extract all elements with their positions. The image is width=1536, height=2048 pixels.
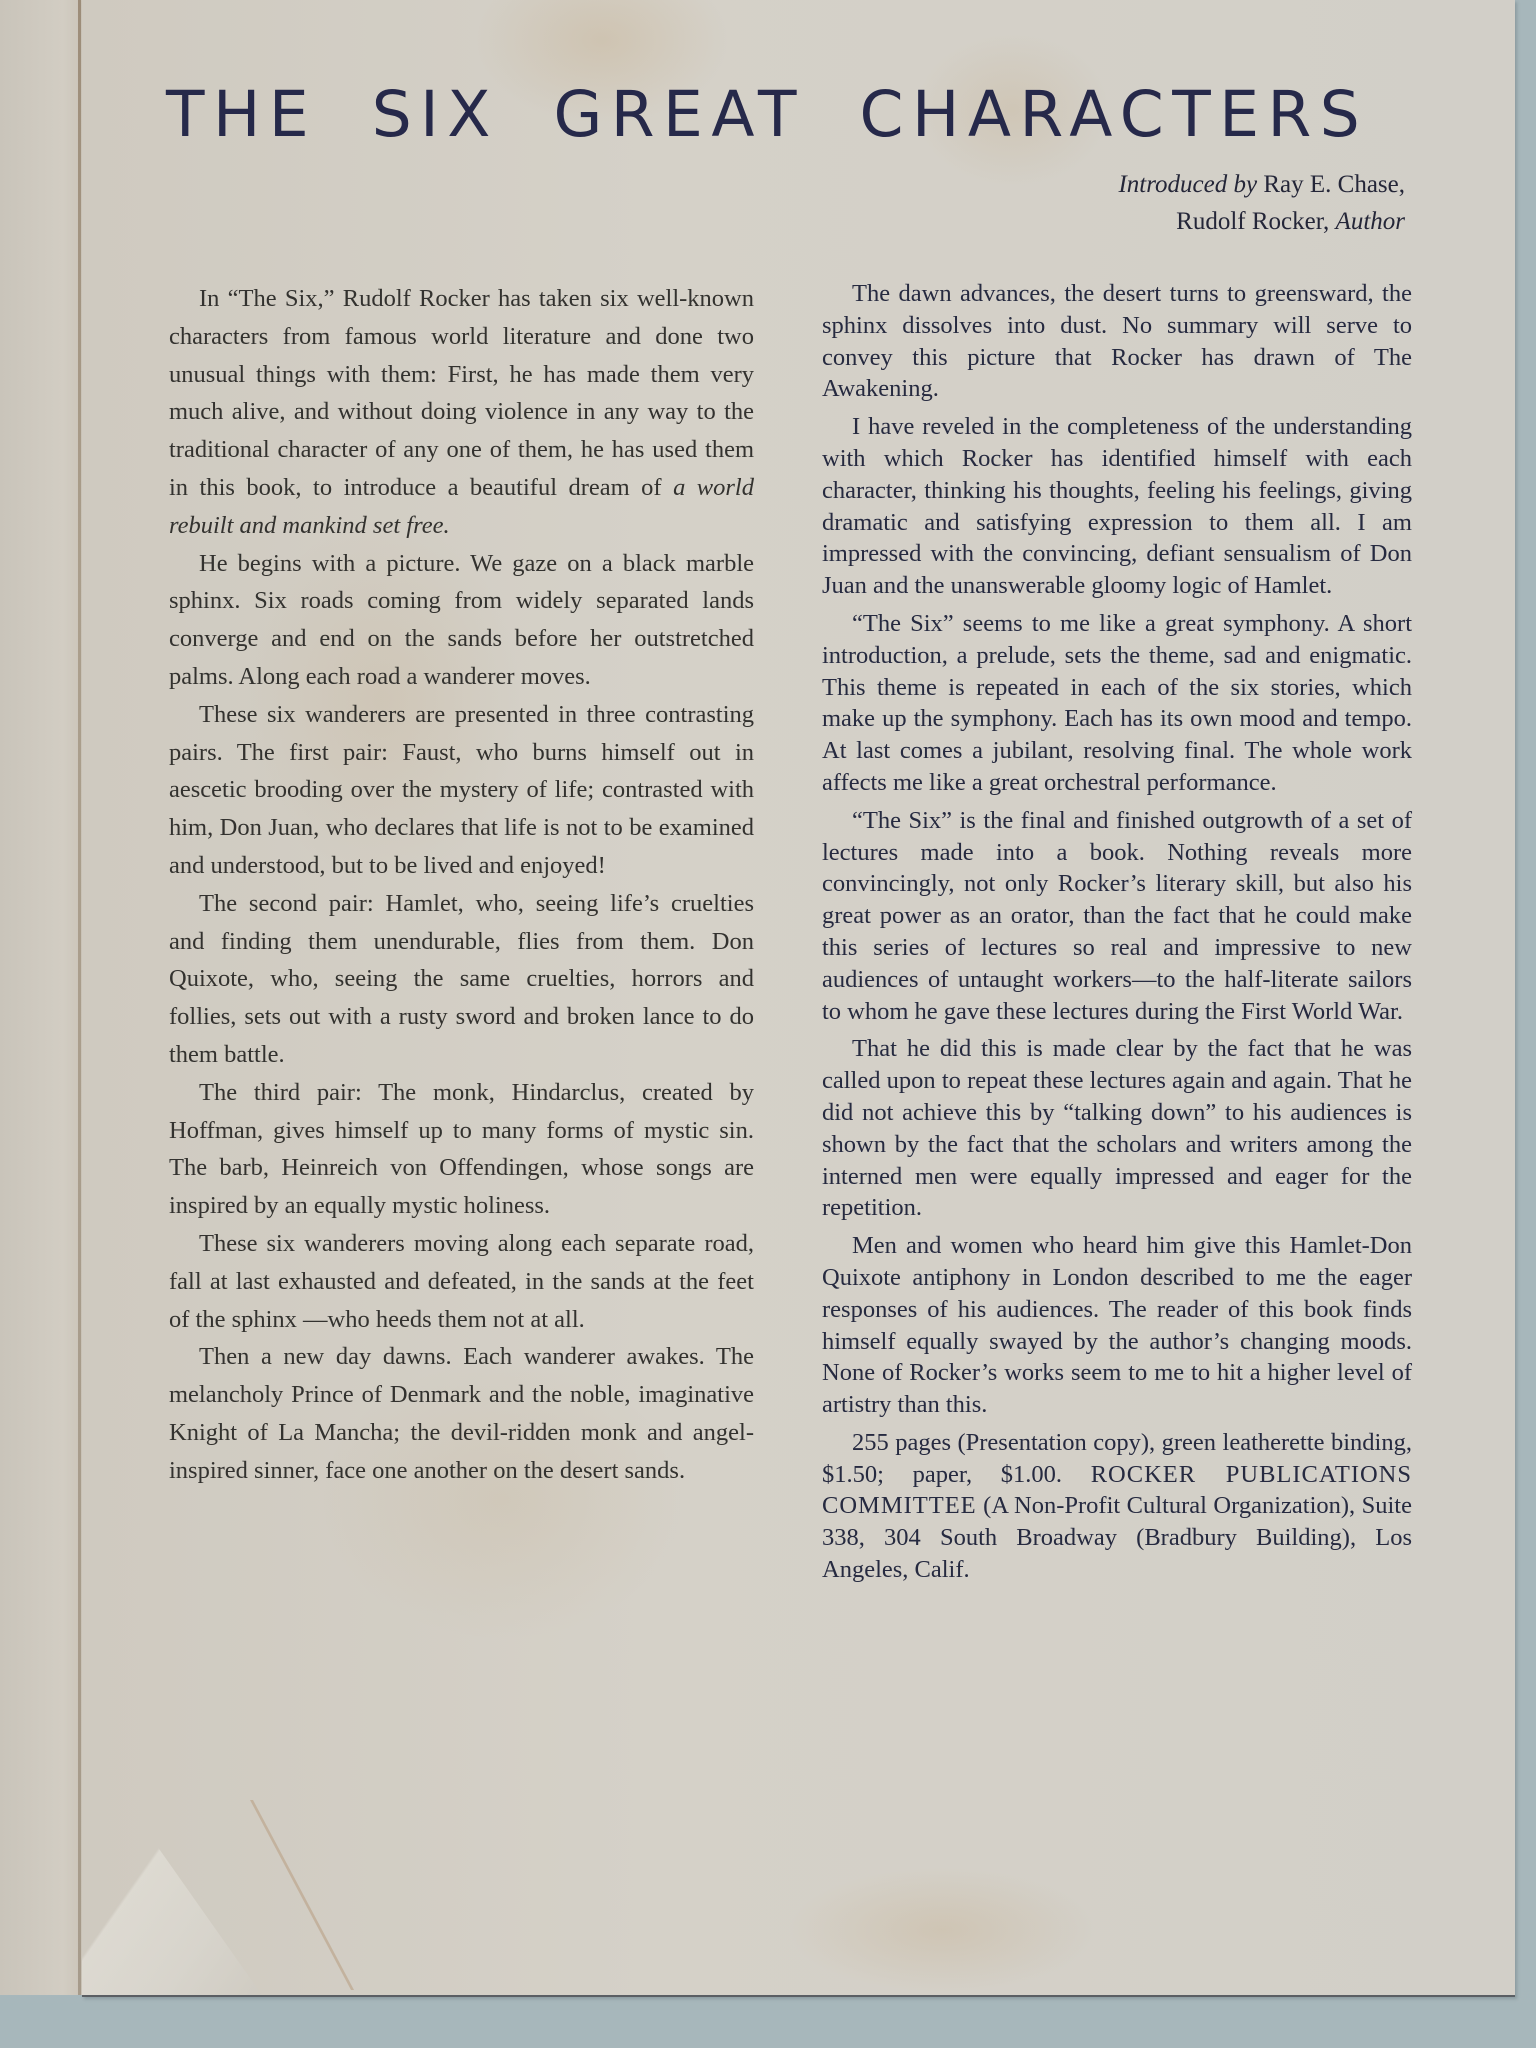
paragraph: “The Six” is the final and finished out­… xyxy=(822,805,1412,1028)
paragraph: Then a new day dawns. Each wanderer awak… xyxy=(169,1338,754,1489)
paragraph: I have reveled in the completeness of th… xyxy=(822,411,1412,602)
byline-introducer-name: Ray E. Chase, xyxy=(1257,171,1405,198)
paragraph: In “The Six,” Rudolf Rocker has taken si… xyxy=(169,280,754,545)
paragraph-text: In “The Six,” Rudolf Rocker has taken si… xyxy=(169,285,754,501)
magazine-page: THE SIX GREAT CHARACTERS Introduced by R… xyxy=(82,0,1515,1997)
left-column: In “The Six,” Rudolf Rocker has taken si… xyxy=(169,280,754,1490)
byline-author: Rudolf Rocker, Author xyxy=(1118,203,1405,240)
byline-introducer: Introduced by Ray E. Chase, xyxy=(1118,166,1405,203)
page-content: THE SIX GREAT CHARACTERS Introduced by R… xyxy=(82,0,1515,1995)
paragraph: Men and women who heard him give this Ha… xyxy=(822,1230,1412,1421)
publication-info: 255 pages (Presentation copy), green lea… xyxy=(822,1427,1412,1586)
paragraph: That he did this is made clear by the fa… xyxy=(822,1033,1412,1224)
paragraph: The third pair: The monk, Hindarclus, cr… xyxy=(169,1074,754,1225)
byline: Introduced by Ray E. Chase, Rudolf Rocke… xyxy=(1118,166,1405,240)
byline-author-name: Rudolf Rocker, xyxy=(1176,208,1335,235)
right-column: The dawn advances, the desert turns to g… xyxy=(822,278,1412,1592)
paragraph: These six wanderers are presented in thr… xyxy=(169,696,754,885)
paragraph: The dawn advances, the desert turns to g… xyxy=(822,278,1412,405)
byline-author-label: Author xyxy=(1336,208,1405,235)
paragraph: The second pair: Hamlet, who, seeing lif… xyxy=(169,885,754,1074)
paragraph: “The Six” seems to me like a great sym­p… xyxy=(822,608,1412,799)
paragraph: These six wanderers moving along each se… xyxy=(169,1225,754,1338)
page-title: THE SIX GREAT CHARACTERS xyxy=(166,78,1368,151)
previous-page-edge xyxy=(0,0,90,1995)
paragraph: He begins with a picture. We gaze on a b… xyxy=(169,545,754,696)
spine-fold xyxy=(78,0,81,1995)
byline-introduced-by-label: Introduced by xyxy=(1118,171,1257,198)
